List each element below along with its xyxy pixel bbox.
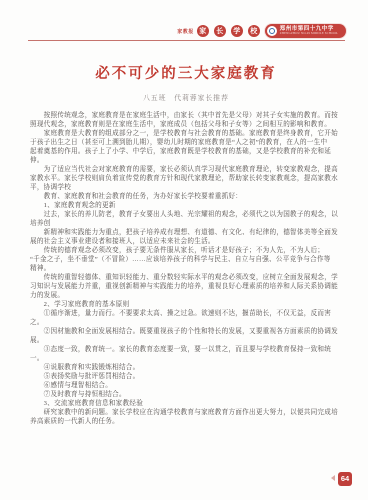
body-line: 培养创 (30, 219, 342, 228)
body-line: 新精神和实践能力为重点，把孩子培养成有理想、有道德、有文化、有纪律的，德智体美等… (30, 228, 342, 237)
document-page: 家教报 家 长 学 校 郑州市第四十九中学 ZHENGZHOU NO.49 MI… (0, 0, 368, 500)
school-logo-icon (267, 26, 277, 36)
body-line: ⑦及时教育与持恒相结合。 (30, 390, 342, 399)
school-banner: 郑州市第四十九中学 ZHENGZHOU NO.49 MIDDLE SCHOOL (265, 24, 346, 38)
body-line: ②因材施教和全面发展相结合。既要重视孩子的个性和特长的发展，又要重视各方面素质的… (30, 327, 342, 336)
article-title: 必不可少的三大家庭教育 (30, 62, 342, 83)
body-line: 伸。 (30, 156, 342, 165)
body-line: 按照传统观念，家庭教育是在家庭生活中，由家长（其中首先是父母）对其子女实施的教育… (30, 111, 342, 120)
body-line: 展的社会主义事业建设者和接班人，以适应未来社会的生活。 (30, 237, 342, 246)
body-line: ①循序渐进，量力而行。不要要求太高、操之过急。欲速则不达，揠苗助长，不仅无益，反… (30, 309, 342, 318)
circle-badge: 学 (231, 25, 243, 37)
body-line: 传统的重智轻德体、重知识轻能力、重分数轻实际水平的观念必须改变，应树立全面发展观… (30, 273, 342, 282)
body-line: “千金之子，坐不垂堂”（不冒险）……应该培养孩子的科学与民主、自立与自强、公平竞… (30, 255, 342, 264)
page-arrow-icon (331, 475, 335, 481)
masthead-mini-label: 家教报 (177, 28, 194, 35)
masthead-circle-badges: 家 长 学 校 (197, 25, 260, 37)
body-line: 为了适应当代社会对家庭教育的需要，家长必须认真学习现代家庭教育理论，转变家教观念… (30, 165, 342, 174)
body-line: 养高素质的一代新人的任务。 (30, 417, 342, 426)
body-line: 2、学习家庭教育的基本原则 (30, 300, 342, 309)
school-name-block: 郑州市第四十九中学 ZHENGZHOU NO.49 MIDDLE SCHOOL (280, 26, 338, 35)
body-line: 精神。 (30, 264, 342, 273)
body-line: 展。 (30, 336, 342, 345)
body-line: 过去，家长的养儿防老，教育子女要出人头地、光宗耀祖的观念，必须代之以为国教子的观… (30, 210, 342, 219)
body-line: ⑥感情与理智相结合。 (30, 381, 342, 390)
circle-badge: 家 (197, 25, 209, 37)
body-line: ④说服教育和实践锻炼相结合。 (30, 363, 342, 372)
body-line: 3、交流家庭教育信息和家教经验 (30, 399, 342, 408)
article-byline: 八五班 代莉蓉家长推荐 (30, 92, 342, 102)
article-body: 按照传统观念，家庭教育是在家庭生活中，由家长（其中首先是父母）对其子女实施的教育… (30, 111, 342, 426)
body-line: 习知识与发展能力并重，重视创新精神与实践能力的培养，重视良好心理素质的培养和人际… (30, 282, 342, 291)
body-line: 家教水平。家长学校则肩负着宣传党的教育方针和现代家教理论，帮助家长转变家教观念，… (30, 174, 342, 183)
circle-badge: 长 (214, 25, 226, 37)
body-line: 于孩子出生之日（甚至可上溯到胎儿期），婴幼儿时期的家庭教育是“人之初”的教育，在… (30, 138, 342, 147)
body-line: 教育、家庭教育和社会教育的任务，为办好家长学校要着重抓好： (30, 192, 342, 201)
masthead: 家教报 家 长 学 校 郑州市第四十九中学 ZHENGZHOU NO.49 MI… (177, 24, 346, 38)
page-number-badge: 64 (338, 472, 352, 486)
article: 必不可少的三大家庭教育 八五班 代莉蓉家长推荐 按照传统观念，家庭教育是在家庭生… (30, 56, 342, 426)
body-line: ⑤表扬奖励与批评惩罚相结合。 (30, 372, 342, 381)
body-line: 家庭教育是大教育的组成部分之一，是学校教育与社会教育的基础。家庭教育是终身教育，… (30, 129, 342, 138)
header-rule (28, 40, 345, 41)
school-subtitle: ZHENGZHOU NO.49 MIDDLE SCHOOL (280, 32, 338, 35)
body-line: 1、家庭教育观念的更新 (30, 201, 342, 210)
body-line: 力的发展。 (30, 291, 342, 300)
body-line: 传统的德育观念必须改变，孩子要无条件服从家长，听话才是好孩子；不为人先，不为人后… (30, 246, 342, 255)
body-line: 起着奠基的作用。孩子上了小学、中学后，家庭教育既是学校教育的基础，又是学校教育的… (30, 147, 342, 156)
body-line: 一。 (30, 354, 342, 363)
body-line: 平，协调学校 (30, 183, 342, 192)
body-line: ③态度一致，教育统一。家长的教育态度要一致，要一以贯之，而且要与学校教育保持一致… (30, 345, 342, 354)
circle-badge: 校 (248, 25, 260, 37)
body-line: 研究家教中的新问题。家长学校应在沟通学校教育与家庭教育方面作出更大努力，以便共同… (30, 408, 342, 417)
body-line: 之。 (30, 318, 342, 327)
body-line: 照现代观念，家庭教育则是在家庭生活中，家庭成员（包括父母和子女等）之间相互的影响… (30, 120, 342, 129)
